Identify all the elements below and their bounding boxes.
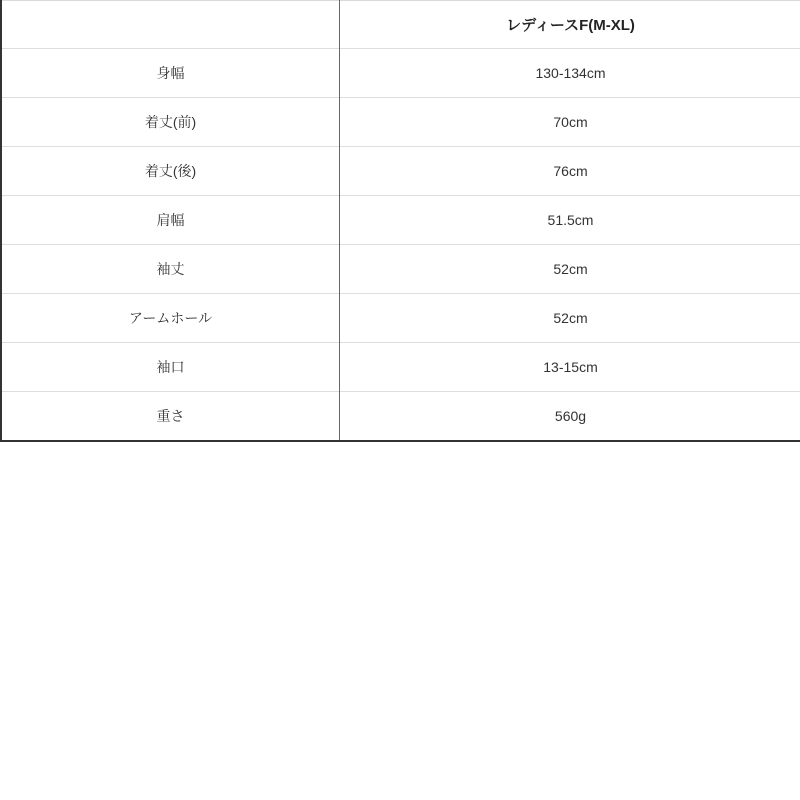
row-value: 52cm: [340, 294, 800, 343]
row-label: 重さ: [1, 392, 340, 442]
row-label: 着丈(前): [1, 98, 340, 147]
row-value: 76cm: [340, 147, 800, 196]
header-size-cell: レディースF(M-XL): [340, 1, 800, 49]
row-value: 51.5cm: [340, 196, 800, 245]
row-label: 袖口: [1, 343, 340, 392]
table-row: 袖丈 52cm: [1, 245, 800, 294]
size-chart-table: レディースF(M-XL) 身幅 130-134cm 着丈(前) 70cm 着丈(…: [0, 0, 800, 442]
table-row: 肩幅 51.5cm: [1, 196, 800, 245]
row-value: 52cm: [340, 245, 800, 294]
row-label: アームホール: [1, 294, 340, 343]
row-value: 130-134cm: [340, 49, 800, 98]
row-label: 身幅: [1, 49, 340, 98]
row-value: 13-15cm: [340, 343, 800, 392]
table-row: アームホール 52cm: [1, 294, 800, 343]
table-row: 着丈(前) 70cm: [1, 98, 800, 147]
header-empty-cell: [1, 1, 340, 49]
row-label: 肩幅: [1, 196, 340, 245]
table-row: 重さ 560g: [1, 392, 800, 442]
page: レディースF(M-XL) 身幅 130-134cm 着丈(前) 70cm 着丈(…: [0, 0, 800, 800]
row-label: 袖丈: [1, 245, 340, 294]
table-row: 身幅 130-134cm: [1, 49, 800, 98]
row-value: 70cm: [340, 98, 800, 147]
table-row: 着丈(後) 76cm: [1, 147, 800, 196]
table-header-row: レディースF(M-XL): [1, 1, 800, 49]
table-row: 袖口 13-15cm: [1, 343, 800, 392]
row-label: 着丈(後): [1, 147, 340, 196]
row-value: 560g: [340, 392, 800, 442]
